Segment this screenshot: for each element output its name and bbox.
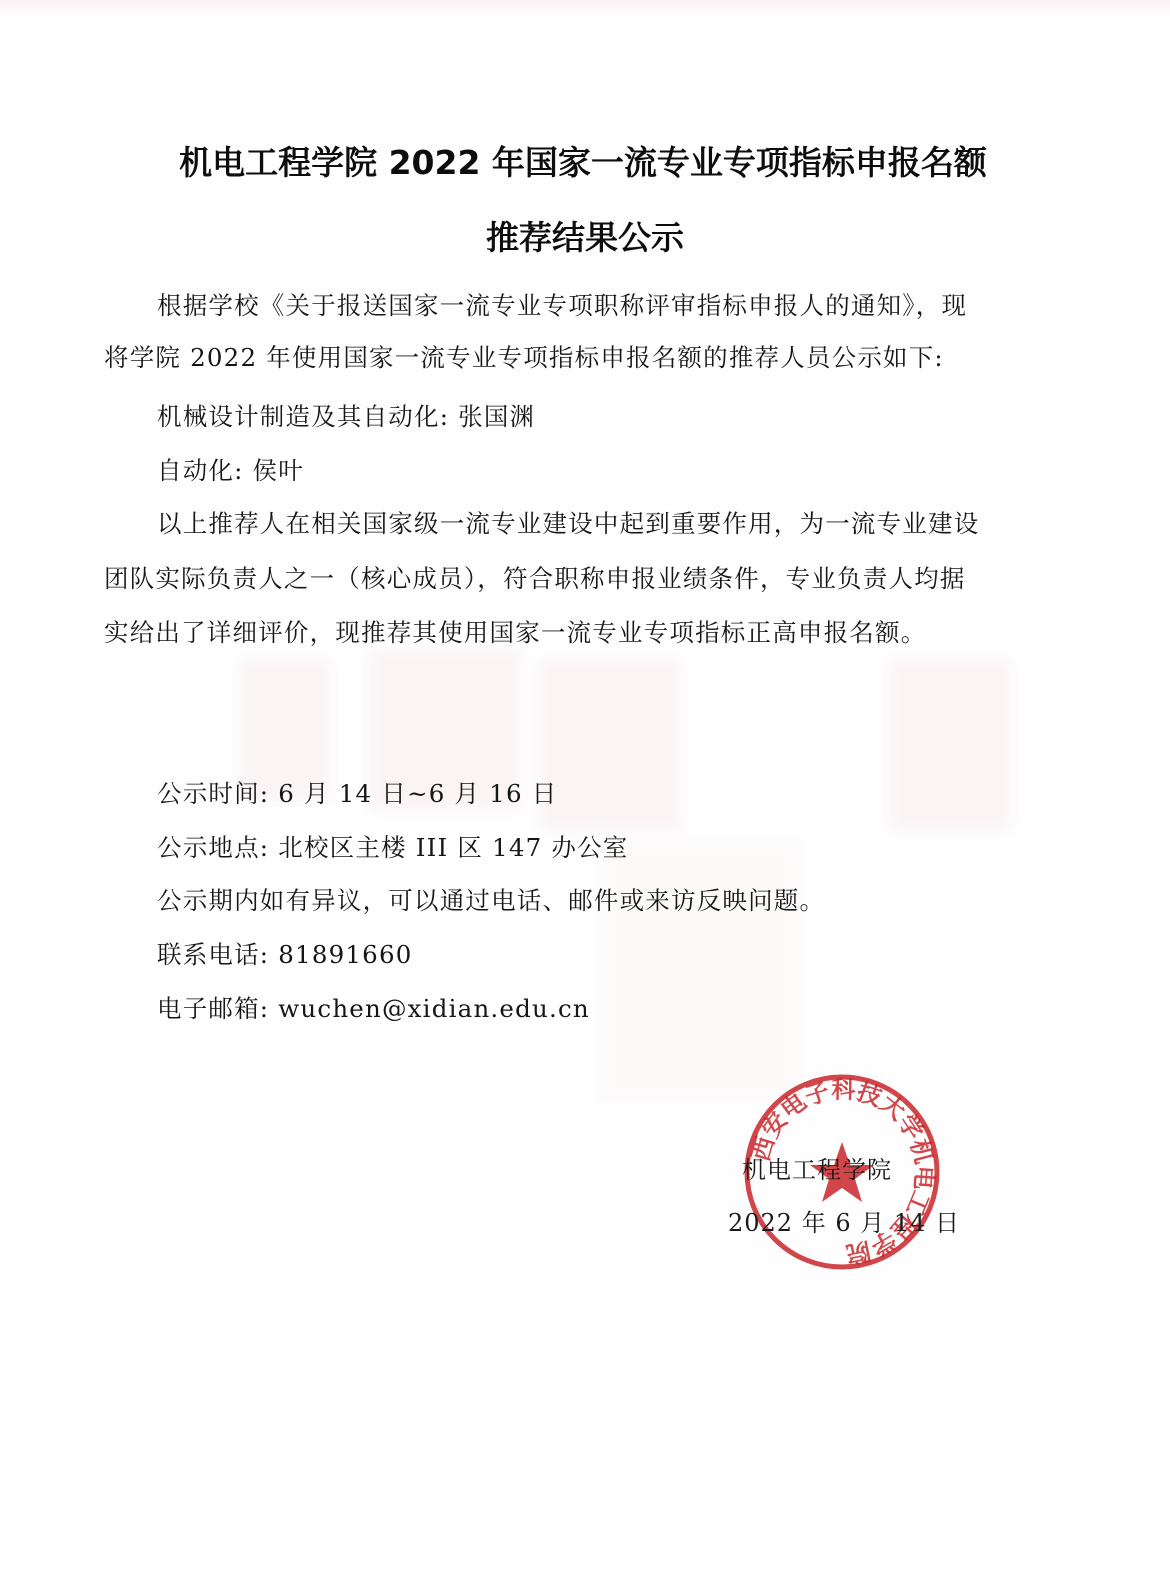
notice-location: 公示地点: 北校区主楼 III 区 147 办公室: [157, 829, 629, 864]
recommendation-item: 机械设计制造及其自动化: 张国渊: [157, 398, 535, 433]
contact-phone: 联系电话: 81891660: [157, 936, 413, 971]
justification-paragraph-line-3: 实给出了详细评价，现推荐其使用国家一流专业专项指标正高申报名额。: [104, 614, 926, 649]
notice-period: 公示时间: 6 月 14 日~6 月 16 日: [157, 775, 557, 810]
bleed-through-mark: [600, 840, 800, 1100]
document-title-line-2: 推荐结果公示: [0, 212, 1170, 259]
notice-objection: 公示期内如有异议，可以通过电话、邮件或来访反映问题。: [157, 882, 825, 917]
bleed-through-mark: [540, 660, 680, 830]
bleed-through-mark: [890, 660, 1010, 830]
justification-paragraph-line-1: 以上推荐人在相关国家级一流专业建设中起到重要作用，为一流专业建设: [157, 505, 979, 540]
paper-edge-noise: [0, 0, 1170, 14]
intro-paragraph-line-2: 将学院 2022 年使用国家一流专业专项指标申报名额的推荐人员公示如下:: [104, 339, 944, 374]
intro-paragraph-line-1: 根据学校《关于报送国家一流专业专项职称评审指标申报人的通知》，现: [157, 287, 967, 322]
signature-date: 2022 年 6 月 14 日: [728, 1203, 960, 1238]
contact-email: 电子邮箱: wuchen@xidian.edu.cn: [157, 990, 590, 1025]
justification-paragraph-line-2: 团队实际负责人之一（核心成员），符合职称申报业绩条件，专业负责人均据: [104, 560, 966, 595]
recommendation-item: 自动化: 侯叶: [157, 452, 304, 487]
document-title-line-1: 机电工程学院 2022 年国家一流专业专项指标申报名额: [0, 137, 1168, 184]
signature-organization: 机电工程学院: [742, 1150, 892, 1185]
